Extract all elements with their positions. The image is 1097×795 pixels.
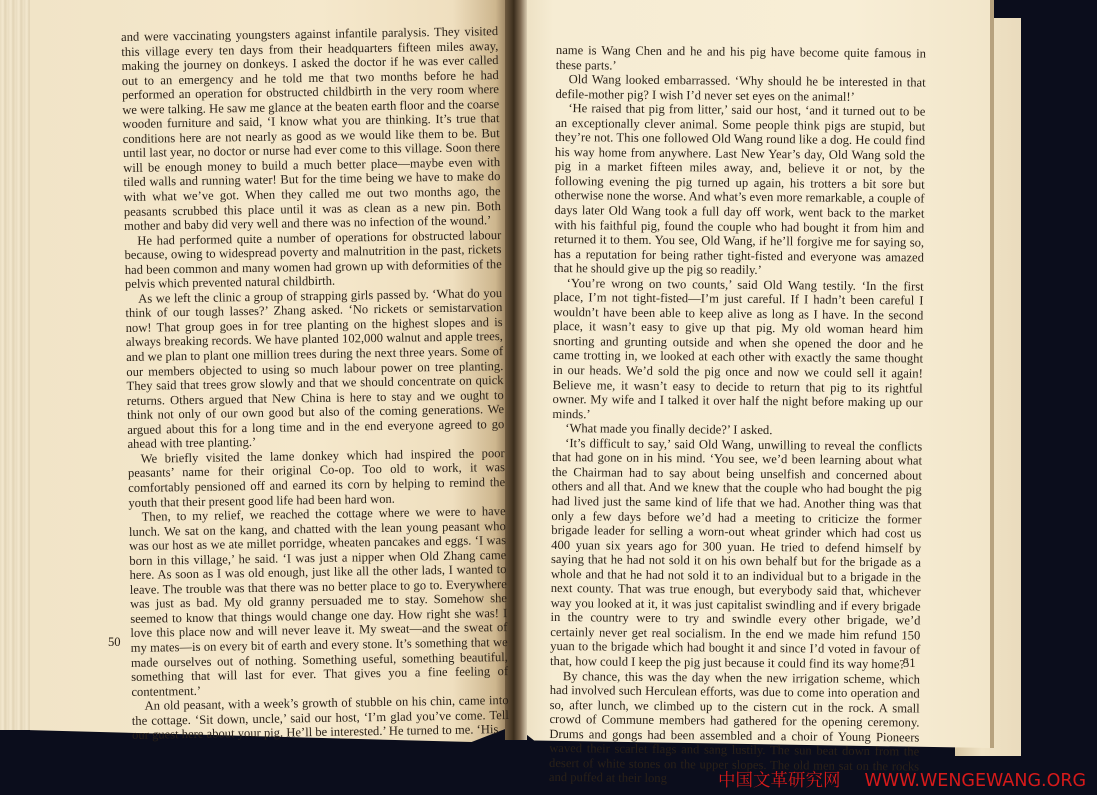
book-spread-scan: and were vaccinating youngsters against … <box>0 0 1097 795</box>
watermark-chinese-text: 中国文革研究网 <box>718 771 841 791</box>
paragraph: and were vaccinating youngsters against … <box>121 24 501 234</box>
paragraph: Then, to my relief, we reached the cotta… <box>129 504 509 699</box>
site-watermark: 中国文革研究网WWW.WENGEWANG.ORG <box>718 767 1086 792</box>
page-number-left: 50 <box>108 635 121 650</box>
right-page-body: name is Wang Chen and he and his pig hav… <box>549 43 926 788</box>
paragraph: name is Wang Chen and he and his pig hav… <box>556 43 926 76</box>
paragraph: An old peasant, with a week’s growth of … <box>132 693 510 743</box>
paragraph: ‘You’re wrong on two counts,’ said Old W… <box>552 276 923 425</box>
paragraph: ‘It’s difficult to say,’ said Old Wang, … <box>550 436 922 672</box>
page-number-right: 51 <box>903 656 916 671</box>
paragraph: As we left the clinic a group of strappi… <box>125 286 504 452</box>
watermark-url: WWW.WENGEWANG.ORG <box>865 771 1087 791</box>
paragraph: He had performed quite a number of opera… <box>124 228 502 292</box>
book-gutter <box>505 0 527 740</box>
right-page-edge-shadow <box>990 0 994 748</box>
left-page-body: and were vaccinating youngsters against … <box>121 24 509 743</box>
paragraph: Old Wang looked embarrassed. ‘Why should… <box>555 72 925 105</box>
paragraph: We briefly visited the lame donkey which… <box>128 446 506 510</box>
paragraph: ‘He raised that pig from litter,’ said o… <box>554 101 926 279</box>
